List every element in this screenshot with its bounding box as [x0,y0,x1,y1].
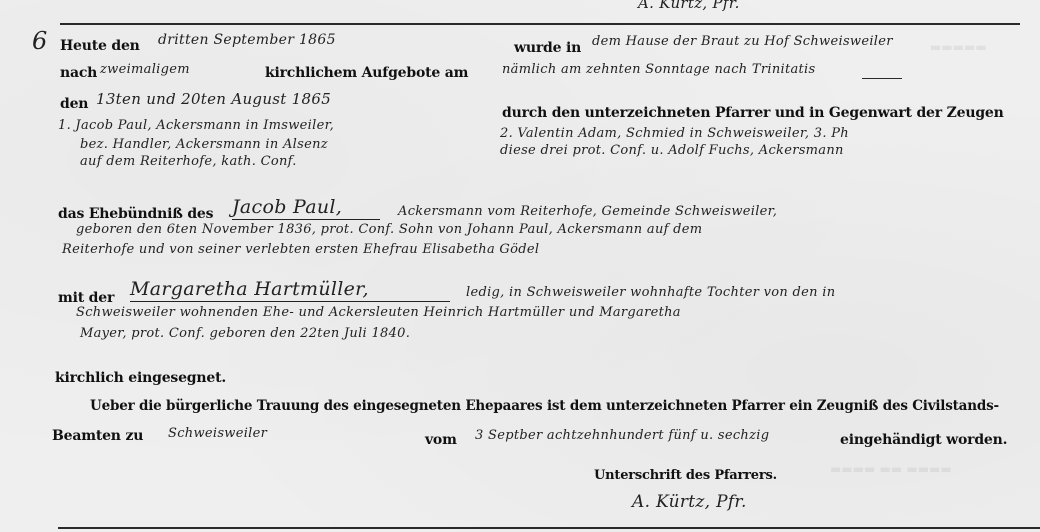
top-signature-fragment: A. Kürtz, Pfr. [638,0,740,12]
heute-den-label: Heute den [60,38,140,54]
bride-details-line-3: Mayer, prot. Conf. geboren den 22ten Jul… [80,326,410,341]
wurde-in-label: wurde in [514,40,581,56]
banns-count-value: zweimaligem [100,62,190,77]
den-label: den [60,96,88,112]
civil-office-place-value: Schweisweiler [168,426,267,441]
civil-certificate-date-value: 3 Septber achtzehnhundert fünf u. sechzi… [475,428,769,443]
fill-line [862,78,902,79]
ehebuendniss-label: das Ehebündniß des [58,206,213,222]
mit-der-label: mit der [58,290,114,306]
bride-details-line-1: ledig, in Schweisweiler wohnhafte Tochte… [466,285,835,300]
groom-name: Jacob Paul, [232,196,380,220]
bleed-through-text: ▬▬▬▬ ▬▬ ▬▬▬▬ [830,462,952,476]
bleed-through-text: ▬▬▬▬▬ [930,40,987,54]
beamten-label: Beamten zu [52,428,143,444]
bride-name: Margaretha Hartmüller, [130,278,450,302]
wedding-place-value: dem Hause der Braut zu Hof Schweisweiler [592,34,893,49]
signature-label: Unterschrift des Pfarrers. [594,468,777,483]
entry-number: 6 [32,27,48,55]
wedding-date-value: dritten September 1865 [158,32,336,48]
witnesses-line-1-left: 1. Jacob Paul, Ackersmann in Imsweiler, [58,118,334,133]
nach-label: nach [60,65,97,81]
eingesegnet-label: kirchlich eingesegnet. [55,370,226,386]
witnesses-line-3-left: auf dem Reiterhofe, kath. Conf. [80,154,297,169]
witnesses-line-2-right: diese drei prot. Conf. u. Adolf Fuchs, A… [500,143,844,158]
register-page: ▬▬▬▬▬ ▬▬▬▬ ▬▬ ▬▬▬▬ A. Kürtz, Pfr. 6 Heut… [0,0,1040,532]
witnesses-line-2-left: bez. Handler, Ackersmann in Alsenz [80,137,328,152]
groom-details-line-1: Ackersmann vom Reiterhofe, Gemeinde Schw… [398,204,777,219]
banns-dates-value: 13ten und 20ten August 1865 [96,90,331,108]
civil-certificate-text: Ueber die bürgerliche Trauung des einges… [90,398,999,414]
groom-details-line-2: geboren den 6ten November 1836, prot. Co… [76,222,702,237]
eingehaendigt-label: eingehändigt worden. [840,432,1007,448]
witnesses-line-1-right: 2. Valentin Adam, Schmied in Schweisweil… [500,126,849,141]
pastor-signature: A. Kürtz, Pfr. [632,492,747,512]
durch-pfarrer-label: durch den unterzeichneten Pfarrer und in… [502,105,1004,121]
banns-sunday-value: nämlich am zehnten Sonntage nach Trinita… [502,62,815,77]
bottom-divider [58,527,1040,529]
top-divider [60,23,1020,25]
bride-details-line-2: Schweisweiler wohnenden Ehe- und Ackersl… [76,305,681,320]
aufgebote-label: kirchlichem Aufgebote am [265,65,468,81]
vom-label: vom [425,432,457,448]
groom-details-line-3: Reiterhofe und von seiner verlebten erst… [62,242,539,257]
